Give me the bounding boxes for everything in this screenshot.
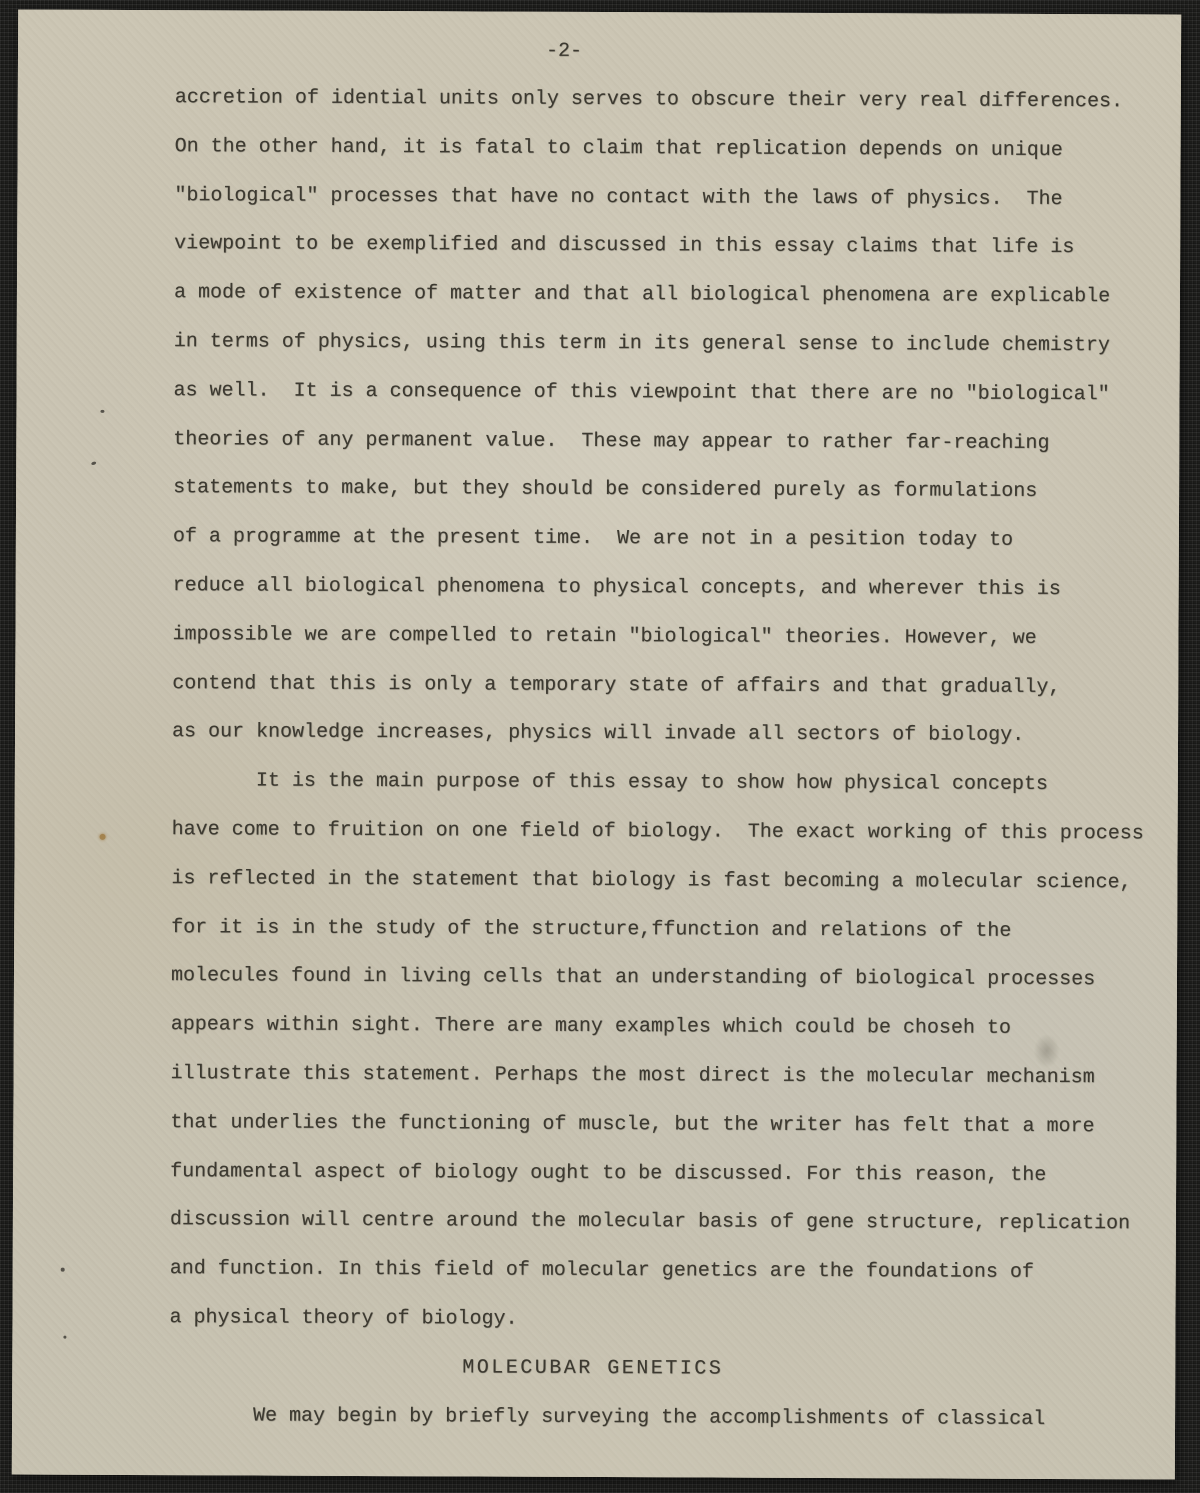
paper-stain (100, 834, 106, 840)
paper-speck (61, 1268, 65, 1272)
typed-line: We may begin by briefly surveying the ac… (169, 1392, 1181, 1445)
page-number: -2- (546, 38, 582, 66)
typed-line: fundamental aspect of biology ought to b… (170, 1148, 1182, 1201)
typed-line: for it is in the study of the structure,… (171, 904, 1183, 957)
typed-line: a mode of existence of matter and that a… (174, 269, 1186, 322)
typed-line: statements to make, but they should be c… (173, 465, 1185, 518)
ink-smudge (1034, 1034, 1060, 1068)
typed-line: of a programme at the present time. We a… (173, 513, 1185, 566)
typed-line: as our knowledge increases, physics will… (172, 709, 1184, 762)
paper-speck (100, 410, 104, 413)
typed-line: accretion of idential units only serves … (175, 74, 1187, 127)
typed-line: illustrate this statement. Perhaps the m… (170, 1050, 1182, 1103)
typed-line: that underlies the functioning of muscle… (170, 1099, 1182, 1152)
typed-line: contend that this is only a temporary st… (172, 660, 1184, 713)
typed-line: viewpoint to be exemplified and discusse… (174, 221, 1186, 274)
typed-line: a physical theory of biology. (169, 1294, 1181, 1347)
typed-line: in terms of physics, using this term in … (174, 318, 1186, 371)
typed-line: have come to fruition on one field of bi… (172, 806, 1184, 859)
typed-line: appears within sight. There are many exa… (171, 1001, 1183, 1054)
typed-line: On the other hand, it is fatal to claim … (174, 123, 1186, 176)
typed-line: is reflected in the statement that biolo… (171, 855, 1183, 908)
paper-speck (91, 461, 97, 466)
typed-line: theories of any permanent value. These m… (173, 416, 1185, 469)
typed-line: impossible we are compelled to retain "b… (172, 611, 1184, 664)
typed-line: "biological" processes that have no cont… (174, 172, 1186, 225)
typed-lines: accretion of idential units only serves … (169, 74, 1187, 1445)
typed-line: as well. It is a consequence of this vie… (173, 367, 1185, 420)
paper-speck (63, 1336, 66, 1339)
typed-line: molecules found in living cells that an … (171, 952, 1183, 1005)
typed-line: It is the main purpose of this essay to … (172, 757, 1184, 810)
section-heading: MOLECUBAR GENETICS (169, 1343, 1181, 1396)
typed-line: reduce all biological phenomena to physi… (173, 562, 1185, 615)
typed-line: discussion will centre around the molecu… (170, 1196, 1182, 1249)
paper-sheet: -2- accretion of idential units only ser… (12, 9, 1181, 1479)
typed-line: and function. In this field of molecular… (170, 1245, 1182, 1298)
scan-background: { "document": { "page_number": "-2-", "c… (0, 0, 1200, 1493)
